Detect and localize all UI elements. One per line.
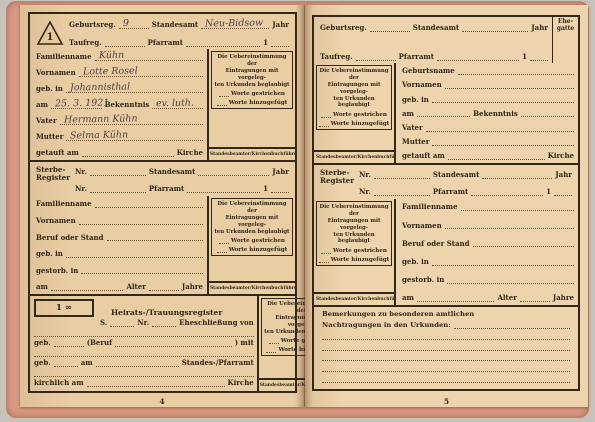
vornamen-row: Vornamen bbox=[402, 219, 574, 229]
vater-label: Vater bbox=[402, 124, 423, 132]
pfarramt-label: Pfarramt bbox=[148, 39, 183, 47]
vornamen-line bbox=[79, 215, 203, 225]
mutter-label: Mutter bbox=[36, 133, 63, 141]
registrar-signature-label: Standesbeamter/Kirchenbuchführer bbox=[209, 147, 295, 160]
standesamt-label: Standesamt bbox=[433, 171, 479, 179]
standesamt-value-line: Neu-Bidsow bbox=[201, 19, 269, 29]
beruf-line bbox=[473, 237, 574, 247]
standesamt-label: Standesamt bbox=[413, 24, 459, 32]
right-birth-fields: Geburtsname Vornamen geb. in am Bekenntn… bbox=[396, 63, 578, 163]
notes-line1-row: Bemerkungen zu besonderen amtlichen bbox=[322, 311, 570, 318]
dotted-line bbox=[266, 347, 276, 353]
right-birth-body: Die Uebereinstimmung der Eintragungen mi… bbox=[314, 63, 578, 163]
vornamen-handwriting: Lotte Rosel bbox=[79, 68, 138, 77]
standesamt-label: Standesamt bbox=[152, 21, 198, 29]
worte-hinzugefuegt-row: Worte hinzugefügt bbox=[213, 100, 291, 106]
year-value-line bbox=[271, 37, 289, 47]
triangle-1-marker-icon: 1 bbox=[35, 19, 65, 47]
nr-label: Nr. bbox=[75, 168, 87, 176]
vornamen-line bbox=[445, 219, 574, 229]
standes-pfarramt-label: Standes-/Pfarramt bbox=[182, 359, 254, 367]
geburtsreg-row: Geburtsreg. Standesamt Jahr bbox=[320, 22, 548, 32]
page-number-left: 4 bbox=[20, 397, 304, 406]
alter-label: Alter bbox=[126, 283, 145, 291]
nr-line bbox=[374, 186, 430, 196]
year-prefix-label: 1 bbox=[522, 53, 527, 61]
dotted-line bbox=[219, 91, 229, 97]
notes-line bbox=[454, 319, 570, 329]
spouse2-name-line bbox=[34, 347, 254, 357]
geburtsname-line bbox=[458, 65, 574, 75]
kirche-label: Kirche bbox=[228, 379, 254, 387]
getauft-row: getauft am Kirche bbox=[402, 150, 574, 160]
spouse2-name-row bbox=[34, 347, 254, 357]
spacer bbox=[209, 111, 295, 147]
getauft-am-label: getauft am bbox=[36, 149, 79, 157]
jahre-label: Jahre bbox=[182, 283, 203, 291]
right-birth-header: Geburtsreg. Standesamt Jahr Taufreg. Pfa… bbox=[314, 17, 578, 63]
spouse2-detail-row: geb. am Standes-/Pfarramt bbox=[34, 357, 254, 367]
vater-label: Vater bbox=[36, 117, 57, 125]
marriage-count: 1 bbox=[56, 303, 62, 313]
beruf-line bbox=[107, 231, 203, 241]
geburtsreg-label: Geburtsreg. bbox=[320, 24, 367, 32]
dotted-line bbox=[217, 100, 227, 106]
death-date-row: am Alter Jahre bbox=[402, 292, 574, 302]
beruf-row: Beruf oder Stand bbox=[36, 231, 203, 241]
right-birth-cert-column: Die Uebereinstimmung der Eintragungen mi… bbox=[314, 63, 396, 163]
cert-text-line3: ten Urkunden beglaubigt bbox=[213, 82, 291, 89]
marriage-title-row: 1 ∞ Heirats-/Trauungsregister bbox=[34, 299, 254, 317]
notes-blank-row bbox=[322, 330, 570, 340]
familienname-label: Familienname bbox=[36, 200, 92, 208]
certification-box: Die Uebereinstimmung der Eintragungen mi… bbox=[211, 198, 293, 256]
sterbe-register-label: Sterbe- Register bbox=[320, 169, 354, 196]
nr-line bbox=[152, 317, 176, 327]
pfarramt-value-line bbox=[186, 37, 260, 47]
spouse1-detail-row: geb. (Beruf ) mit bbox=[34, 337, 254, 347]
jahre-label: Jahre bbox=[553, 294, 574, 302]
certification-box: Die Uebereinstimmung der Eintragungen mi… bbox=[211, 51, 293, 109]
dotted-line bbox=[321, 112, 331, 118]
vornamen-label: Vornamen bbox=[402, 222, 442, 230]
right-page: Geburtsreg. Standesamt Jahr Taufreg. Pfa… bbox=[305, 5, 588, 407]
familienname-row: Familienname bbox=[36, 198, 203, 208]
cert-text-line2: Eintragungen mit vorgeleg- bbox=[213, 215, 291, 229]
vater-row: Vater Hermann Kühn bbox=[36, 115, 203, 125]
right-death-header: Sterbe- Register Nr. Standesamt Jahr Nr. bbox=[314, 165, 578, 199]
bekenntnis-label: Bekenntnis bbox=[105, 101, 150, 109]
pfarramt-line bbox=[437, 51, 519, 61]
left-birth-header-rows: Geburtsreg. 9 Standesamt Neu-Bidsow Jahr… bbox=[69, 19, 289, 47]
taufreg-row: Taufreg. Pfarramt 1 bbox=[69, 37, 289, 47]
worte-gestrichen-row: Worte gestrichen bbox=[318, 248, 390, 254]
spacer bbox=[209, 258, 295, 281]
sterbe-label-line2: Register bbox=[320, 177, 354, 185]
death-standesamt-row: Nr. Standesamt Jahr bbox=[359, 169, 572, 179]
death-date-row: am Alter Jahre bbox=[36, 281, 203, 291]
seite-label: S. bbox=[100, 319, 107, 327]
worte-gestrichen-row: Worte gestrichen bbox=[213, 238, 291, 244]
bekenntnis-line bbox=[521, 107, 574, 117]
worte-gestrichen-label: Worte gestrichen bbox=[333, 248, 387, 254]
geb-am-handwriting: 25. 3. 1921 bbox=[51, 100, 110, 109]
marriage-ref-row: S. Nr. Eheschließung von bbox=[100, 317, 254, 327]
cert-text-line2: Eintragungen mit vorgeleg- bbox=[318, 82, 390, 96]
geb-in-row: geb. in bbox=[402, 93, 574, 103]
sterbe-label-line2: Register bbox=[36, 174, 70, 182]
kirchlich-row: kirchlich am Kirche bbox=[34, 377, 254, 387]
certification-box: Die Uebereinstimmung der Eintragungen mi… bbox=[316, 65, 392, 130]
marriage-count-box: 1 ∞ bbox=[34, 299, 94, 317]
geb-in-handwriting: Johannisthal bbox=[66, 84, 130, 93]
worte-gestrichen-label: Worte gestrichen bbox=[231, 91, 285, 97]
ehegatte-corner-tab: Ehe- gatte bbox=[552, 17, 578, 63]
notes-line bbox=[322, 373, 570, 383]
geburtsname-row: Geburtsname bbox=[402, 65, 574, 75]
gestorb-in-line bbox=[81, 264, 203, 274]
geb-am-row: am 25. 3. 1921 Bekenntnis ev. luth. bbox=[36, 99, 203, 109]
year-line bbox=[271, 183, 289, 193]
right-death-header-rows: Nr. Standesamt Jahr Nr. Pfarramt 1 bbox=[359, 169, 572, 196]
geb-line bbox=[54, 337, 84, 347]
beruf-line bbox=[115, 337, 232, 347]
registrar-signature-label: Standesbeamter/Kirchenbuchführer bbox=[314, 150, 394, 163]
geburtsreg-row: Geburtsreg. 9 Standesamt Neu-Bidsow Jahr bbox=[69, 19, 289, 29]
gestorb-in-row: gestorb. in bbox=[36, 264, 203, 274]
gestorb-in-label: gestorb. in bbox=[36, 267, 78, 275]
vater-line: Hermann Kühn bbox=[60, 115, 203, 125]
certification-box: Die Uebereinstimmung der Eintragungen mi… bbox=[316, 201, 392, 266]
notes-label-line2: Nachtragungen in den Urkunden: bbox=[322, 322, 451, 329]
year-prefix-label: 1 bbox=[546, 188, 551, 196]
geb-in-line bbox=[432, 256, 574, 266]
getauft-am-line bbox=[82, 147, 174, 157]
jahr-label: Jahr bbox=[555, 171, 572, 179]
left-birth-fields: Familienname Kühn Vornamen Lotte Rosel g… bbox=[30, 49, 207, 160]
geburtsreg-value-handwriting: 9 bbox=[119, 20, 129, 28]
dotted-line bbox=[319, 257, 329, 263]
notes-blank-row bbox=[322, 362, 570, 372]
right-death-cert-column: Die Uebereinstimmung der Eintragungen mi… bbox=[314, 199, 396, 305]
mutter-line bbox=[432, 136, 574, 146]
right-death-section: Sterbe- Register Nr. Standesamt Jahr Nr. bbox=[314, 165, 578, 307]
mutter-handwriting: Selma Kühn bbox=[66, 132, 128, 141]
notes-line bbox=[322, 330, 570, 340]
notes-line bbox=[322, 341, 570, 351]
mutter-row: Mutter Selma Kühn bbox=[36, 131, 203, 141]
cert-text-line1: Die Uebereinstimmung der bbox=[318, 68, 390, 82]
alter-label: Alter bbox=[497, 294, 516, 302]
standesamt-value-handwriting: Neu-Bidsow bbox=[201, 20, 263, 29]
nr-label: Nr. bbox=[359, 188, 371, 196]
left-death-header: Sterbe- Register Nr. Standesamt Jahr Nr. bbox=[30, 162, 295, 196]
jahr-label: Jahr bbox=[272, 21, 289, 29]
geb-in-line bbox=[432, 93, 574, 103]
bekenntnis-label: Bekenntnis bbox=[473, 110, 518, 118]
familienname-label: Familienname bbox=[36, 53, 92, 61]
geb-in-label: geb. in bbox=[36, 85, 63, 93]
geb-label: geb. bbox=[34, 359, 51, 367]
geb-in-row: geb. in bbox=[402, 256, 574, 266]
scanned-family-register-spread: 1 Geburtsreg. 9 Standesamt Neu-Bidsow Ja… bbox=[0, 0, 595, 422]
taufreg-label: Taufreg. bbox=[320, 53, 353, 61]
amt-value-row bbox=[34, 367, 254, 377]
familienname-label: Familienname bbox=[402, 203, 458, 211]
cert-text-line3: ten Urkunden beglaubigt bbox=[318, 232, 390, 246]
getauft-am-line bbox=[448, 150, 545, 160]
left-marriage-body: 1 ∞ Heirats-/Trauungsregister S. Nr. Ehe… bbox=[30, 296, 295, 391]
year-line bbox=[554, 186, 572, 196]
notes-line2-row: Nachtragungen in den Urkunden: bbox=[322, 319, 570, 329]
eheschliessung-von-label: Eheschließung von bbox=[179, 319, 254, 327]
standesamt-line bbox=[198, 166, 269, 176]
sterbe-register-label: Sterbe- Register bbox=[36, 166, 70, 193]
vornamen-row: Vornamen bbox=[402, 79, 574, 89]
left-death-header-rows: Nr. Standesamt Jahr Nr. Pfarramt 1 bbox=[75, 166, 289, 193]
worte-gestrichen-label: Worte gestrichen bbox=[333, 112, 387, 118]
geb-line bbox=[54, 357, 78, 367]
gestorb-in-line bbox=[447, 274, 574, 284]
registrar-signature-label: Standesbeamter/Kirchenbuchführer bbox=[209, 281, 295, 294]
vornamen-row: Vornamen bbox=[36, 215, 203, 225]
left-marriage-fields: 1 ∞ Heirats-/Trauungsregister S. Nr. Ehe… bbox=[30, 296, 257, 391]
worte-hinzugefuegt-row: Worte hinzugefügt bbox=[213, 247, 291, 253]
vornamen-label: Vornamen bbox=[402, 81, 442, 89]
kirche-label: Kirche bbox=[548, 152, 574, 160]
geb-in-line bbox=[66, 248, 203, 258]
alter-line bbox=[149, 281, 179, 291]
dotted-line bbox=[319, 121, 329, 127]
death-standesamt-row: Nr. Standesamt Jahr bbox=[75, 166, 289, 176]
spouse1-name-row bbox=[34, 327, 254, 337]
right-birth-section: Geburtsreg. Standesamt Jahr Taufreg. Pfa… bbox=[314, 17, 578, 165]
am-label: am bbox=[81, 359, 93, 367]
page-gutter-shadow bbox=[295, 5, 313, 407]
geb-in-row: geb. in Johannisthal bbox=[36, 83, 203, 93]
left-birth-header: 1 Geburtsreg. 9 Standesamt Neu-Bidsow Ja… bbox=[30, 14, 295, 49]
mutter-row: Mutter bbox=[402, 136, 574, 146]
worte-gestrichen-row: Worte gestrichen bbox=[318, 112, 390, 118]
dotted-line bbox=[217, 247, 227, 253]
mutter-label: Mutter bbox=[402, 138, 429, 146]
familienname-row: Familienname bbox=[402, 201, 574, 211]
registrar-signature-label: Standesbeamter/Kirchenbuchführer bbox=[314, 292, 394, 305]
geb-in-line: Johannisthal bbox=[66, 83, 203, 93]
vornamen-line: Lotte Rosel bbox=[79, 67, 203, 77]
geburtsreg-value-line: 9 bbox=[119, 19, 149, 29]
pfarramt-label: Pfarramt bbox=[399, 53, 434, 61]
spouse1-name-line bbox=[34, 327, 254, 337]
geb-in-label: geb. in bbox=[402, 258, 429, 266]
beruf-row: Beruf oder Stand bbox=[402, 237, 574, 247]
geburtsreg-label: Geburtsreg. bbox=[69, 21, 116, 29]
jahr-label: Jahr bbox=[531, 24, 548, 32]
am-label: am bbox=[36, 283, 48, 291]
nr-line bbox=[90, 166, 146, 176]
left-birth-body: Familienname Kühn Vornamen Lotte Rosel g… bbox=[30, 49, 295, 160]
kirche-label: Kirche bbox=[177, 149, 203, 157]
left-marriage-section: 1 ∞ Heirats-/Trauungsregister S. Nr. Ehe… bbox=[30, 296, 295, 391]
geb-in-row: geb. in bbox=[36, 248, 203, 258]
nr-line bbox=[90, 183, 146, 193]
familienname-handwriting: Kühn bbox=[94, 52, 123, 60]
cert-text-line1: Die Uebereinstimmung der bbox=[318, 204, 390, 218]
cert-text-line2: Eintragungen mit vorgeleg- bbox=[213, 68, 291, 82]
am-line bbox=[96, 357, 179, 367]
left-death-cert-column: Die Uebereinstimmung der Eintragungen mi… bbox=[207, 196, 295, 294]
worte-hinzugefuegt-label: Worte hinzugefügt bbox=[331, 121, 390, 127]
page-number-right: 5 bbox=[305, 397, 588, 406]
dotted-line bbox=[321, 248, 331, 254]
notes-line bbox=[322, 351, 570, 361]
am-label: am bbox=[402, 294, 414, 302]
cert-text-line2: Eintragungen mit vorgeleg- bbox=[318, 218, 390, 232]
right-page-form-frame: Geburtsreg. Standesamt Jahr Taufreg. Pfa… bbox=[312, 15, 580, 391]
dotted-line bbox=[269, 338, 279, 344]
standesamt-line bbox=[482, 169, 552, 179]
notes-blank-row bbox=[322, 373, 570, 383]
vater-handwriting: Hermann Kühn bbox=[60, 116, 138, 125]
getauft-am-label: getauft am bbox=[402, 152, 445, 160]
cert-text-line3: ten Urkunden beglaubigt bbox=[213, 229, 291, 236]
bekenntnis-handwriting: ev. luth. bbox=[152, 100, 194, 108]
worte-gestrichen-label: Worte gestrichen bbox=[231, 238, 285, 244]
familienname-line: Kühn bbox=[95, 51, 203, 61]
am-label: am bbox=[402, 110, 414, 118]
geb-am-line: 25. 3. 1921 bbox=[51, 99, 102, 109]
marriage-infinity-icon: ∞ bbox=[65, 303, 72, 313]
taufreg-value-line bbox=[105, 37, 145, 47]
notes-label-line1: Bemerkungen zu besonderen amtlichen bbox=[322, 311, 474, 318]
left-birth-cert-column: Die Uebereinstimmung der Eintragungen mi… bbox=[207, 49, 295, 160]
nr-label: Nr. bbox=[75, 185, 87, 193]
familienname-line bbox=[461, 201, 574, 211]
beruf-paren-label: (Beruf bbox=[87, 339, 112, 347]
notes-blank-row bbox=[322, 341, 570, 351]
am-label: am bbox=[36, 101, 48, 109]
worte-hinzugefuegt-label: Worte hinzugefügt bbox=[331, 257, 390, 263]
taufreg-line bbox=[356, 51, 396, 61]
getauft-row: getauft am Kirche bbox=[36, 147, 203, 157]
vornamen-label: Vornamen bbox=[36, 217, 76, 225]
gestorb-in-row: gestorb. in bbox=[402, 274, 574, 284]
vater-line bbox=[426, 122, 574, 132]
right-death-body: Die Uebereinstimmung der Eintragungen mi… bbox=[314, 199, 578, 305]
nr-line bbox=[374, 169, 430, 179]
vater-row: Vater bbox=[402, 122, 574, 132]
taufreg-row: Taufreg. Pfarramt 1 bbox=[320, 51, 548, 61]
notes-blank-row bbox=[322, 351, 570, 361]
geburtsreg-line bbox=[370, 22, 410, 32]
geburtsname-label: Geburtsname bbox=[402, 67, 455, 75]
year-prefix-label: 1 bbox=[263, 185, 268, 193]
bekenntnis-line: ev. luth. bbox=[152, 99, 203, 109]
nr-label: Nr. bbox=[359, 171, 371, 179]
left-death-fields: Familienname Vornamen Beruf oder Stand g… bbox=[30, 196, 207, 294]
geb-in-label: geb. in bbox=[36, 250, 63, 258]
am-line bbox=[417, 107, 470, 117]
geb-in-label: geb. in bbox=[402, 96, 429, 104]
worte-hinzugefuegt-label: Worte hinzugefügt bbox=[229, 247, 288, 253]
pfarramt-line bbox=[471, 186, 543, 196]
standesamt-line bbox=[462, 22, 528, 32]
taufreg-label: Taufreg. bbox=[69, 39, 102, 47]
jahr-label: Jahr bbox=[272, 168, 289, 176]
am-line bbox=[417, 292, 494, 302]
left-page-form-frame: 1 Geburtsreg. 9 Standesamt Neu-Bidsow Ja… bbox=[28, 12, 297, 393]
right-death-fields: Familienname Vornamen Beruf oder Stand g… bbox=[396, 199, 578, 305]
amt-value-line bbox=[34, 367, 254, 377]
standesamt-label: Standesamt bbox=[149, 168, 195, 176]
am-line bbox=[51, 281, 123, 291]
pfarramt-label: Pfarramt bbox=[149, 185, 184, 193]
seite-line bbox=[110, 317, 134, 327]
vornamen-line bbox=[445, 79, 574, 89]
death-pfarramt-row: Nr. Pfarramt 1 bbox=[359, 186, 572, 196]
beruf-oder-stand-label: Beruf oder Stand bbox=[402, 240, 470, 248]
alter-line bbox=[520, 292, 550, 302]
kirchlich-am-line bbox=[87, 377, 225, 387]
left-death-section: Sterbe- Register Nr. Standesamt Jahr Nr. bbox=[30, 162, 295, 296]
dotted-line bbox=[219, 238, 229, 244]
spacer bbox=[314, 268, 394, 292]
right-birth-header-rows: Geburtsreg. Standesamt Jahr Taufreg. Pfa… bbox=[314, 17, 552, 63]
cert-text-line1: Die Uebereinstimmung der bbox=[213, 201, 291, 215]
left-death-body: Familienname Vornamen Beruf oder Stand g… bbox=[30, 196, 295, 294]
cert-text-line3: ten Urkunden beglaubigt bbox=[318, 96, 390, 110]
pfarramt-label: Pfarramt bbox=[433, 188, 468, 196]
familienname-row: Familienname Kühn bbox=[36, 51, 203, 61]
worte-hinzugefuegt-label: Worte hinzugefügt bbox=[229, 100, 288, 106]
left-page: 1 Geburtsreg. 9 Standesamt Neu-Bidsow Ja… bbox=[20, 5, 304, 407]
notes-line bbox=[322, 362, 570, 372]
cert-text-line1: Die Uebereinstimmung der bbox=[213, 54, 291, 68]
triangle-marker-number: 1 bbox=[47, 32, 54, 43]
year-line bbox=[530, 51, 548, 61]
nr-label: Nr. bbox=[137, 319, 149, 327]
familienname-line bbox=[95, 198, 203, 208]
worte-hinzugefuegt-row: Worte hinzugefügt bbox=[318, 257, 390, 263]
left-birth-section: 1 Geburtsreg. 9 Standesamt Neu-Bidsow Ja… bbox=[30, 14, 295, 162]
worte-gestrichen-row: Worte gestrichen bbox=[213, 91, 291, 97]
kirchlich-am-label: kirchlich am bbox=[34, 379, 84, 387]
geb-am-row: am Bekenntnis bbox=[402, 107, 574, 117]
marriage-register-title: Heirats-/Trauungsregister bbox=[111, 308, 222, 317]
mutter-line: Selma Kühn bbox=[66, 131, 203, 141]
right-notes-section: Bemerkungen zu besonderen amtlichen Nach… bbox=[314, 307, 578, 389]
spacer bbox=[314, 132, 394, 150]
death-pfarramt-row: Nr. Pfarramt 1 bbox=[75, 183, 289, 193]
beruf-oder-stand-label: Beruf oder Stand bbox=[36, 234, 104, 242]
pfarramt-line bbox=[187, 183, 260, 193]
gestorb-in-label: gestorb. in bbox=[402, 276, 444, 284]
vornamen-row: Vornamen Lotte Rosel bbox=[36, 67, 203, 77]
vornamen-label: Vornamen bbox=[36, 69, 76, 77]
geb-label: geb. bbox=[34, 339, 51, 347]
worte-hinzugefuegt-row: Worte hinzugefügt bbox=[318, 121, 390, 127]
mit-label: ) mit bbox=[235, 339, 254, 347]
notes-fields: Bemerkungen zu besonderen amtlichen Nach… bbox=[314, 307, 578, 389]
year-prefix-label: 1 bbox=[263, 39, 268, 47]
ehegatte-label-line2: gatte bbox=[557, 26, 574, 33]
